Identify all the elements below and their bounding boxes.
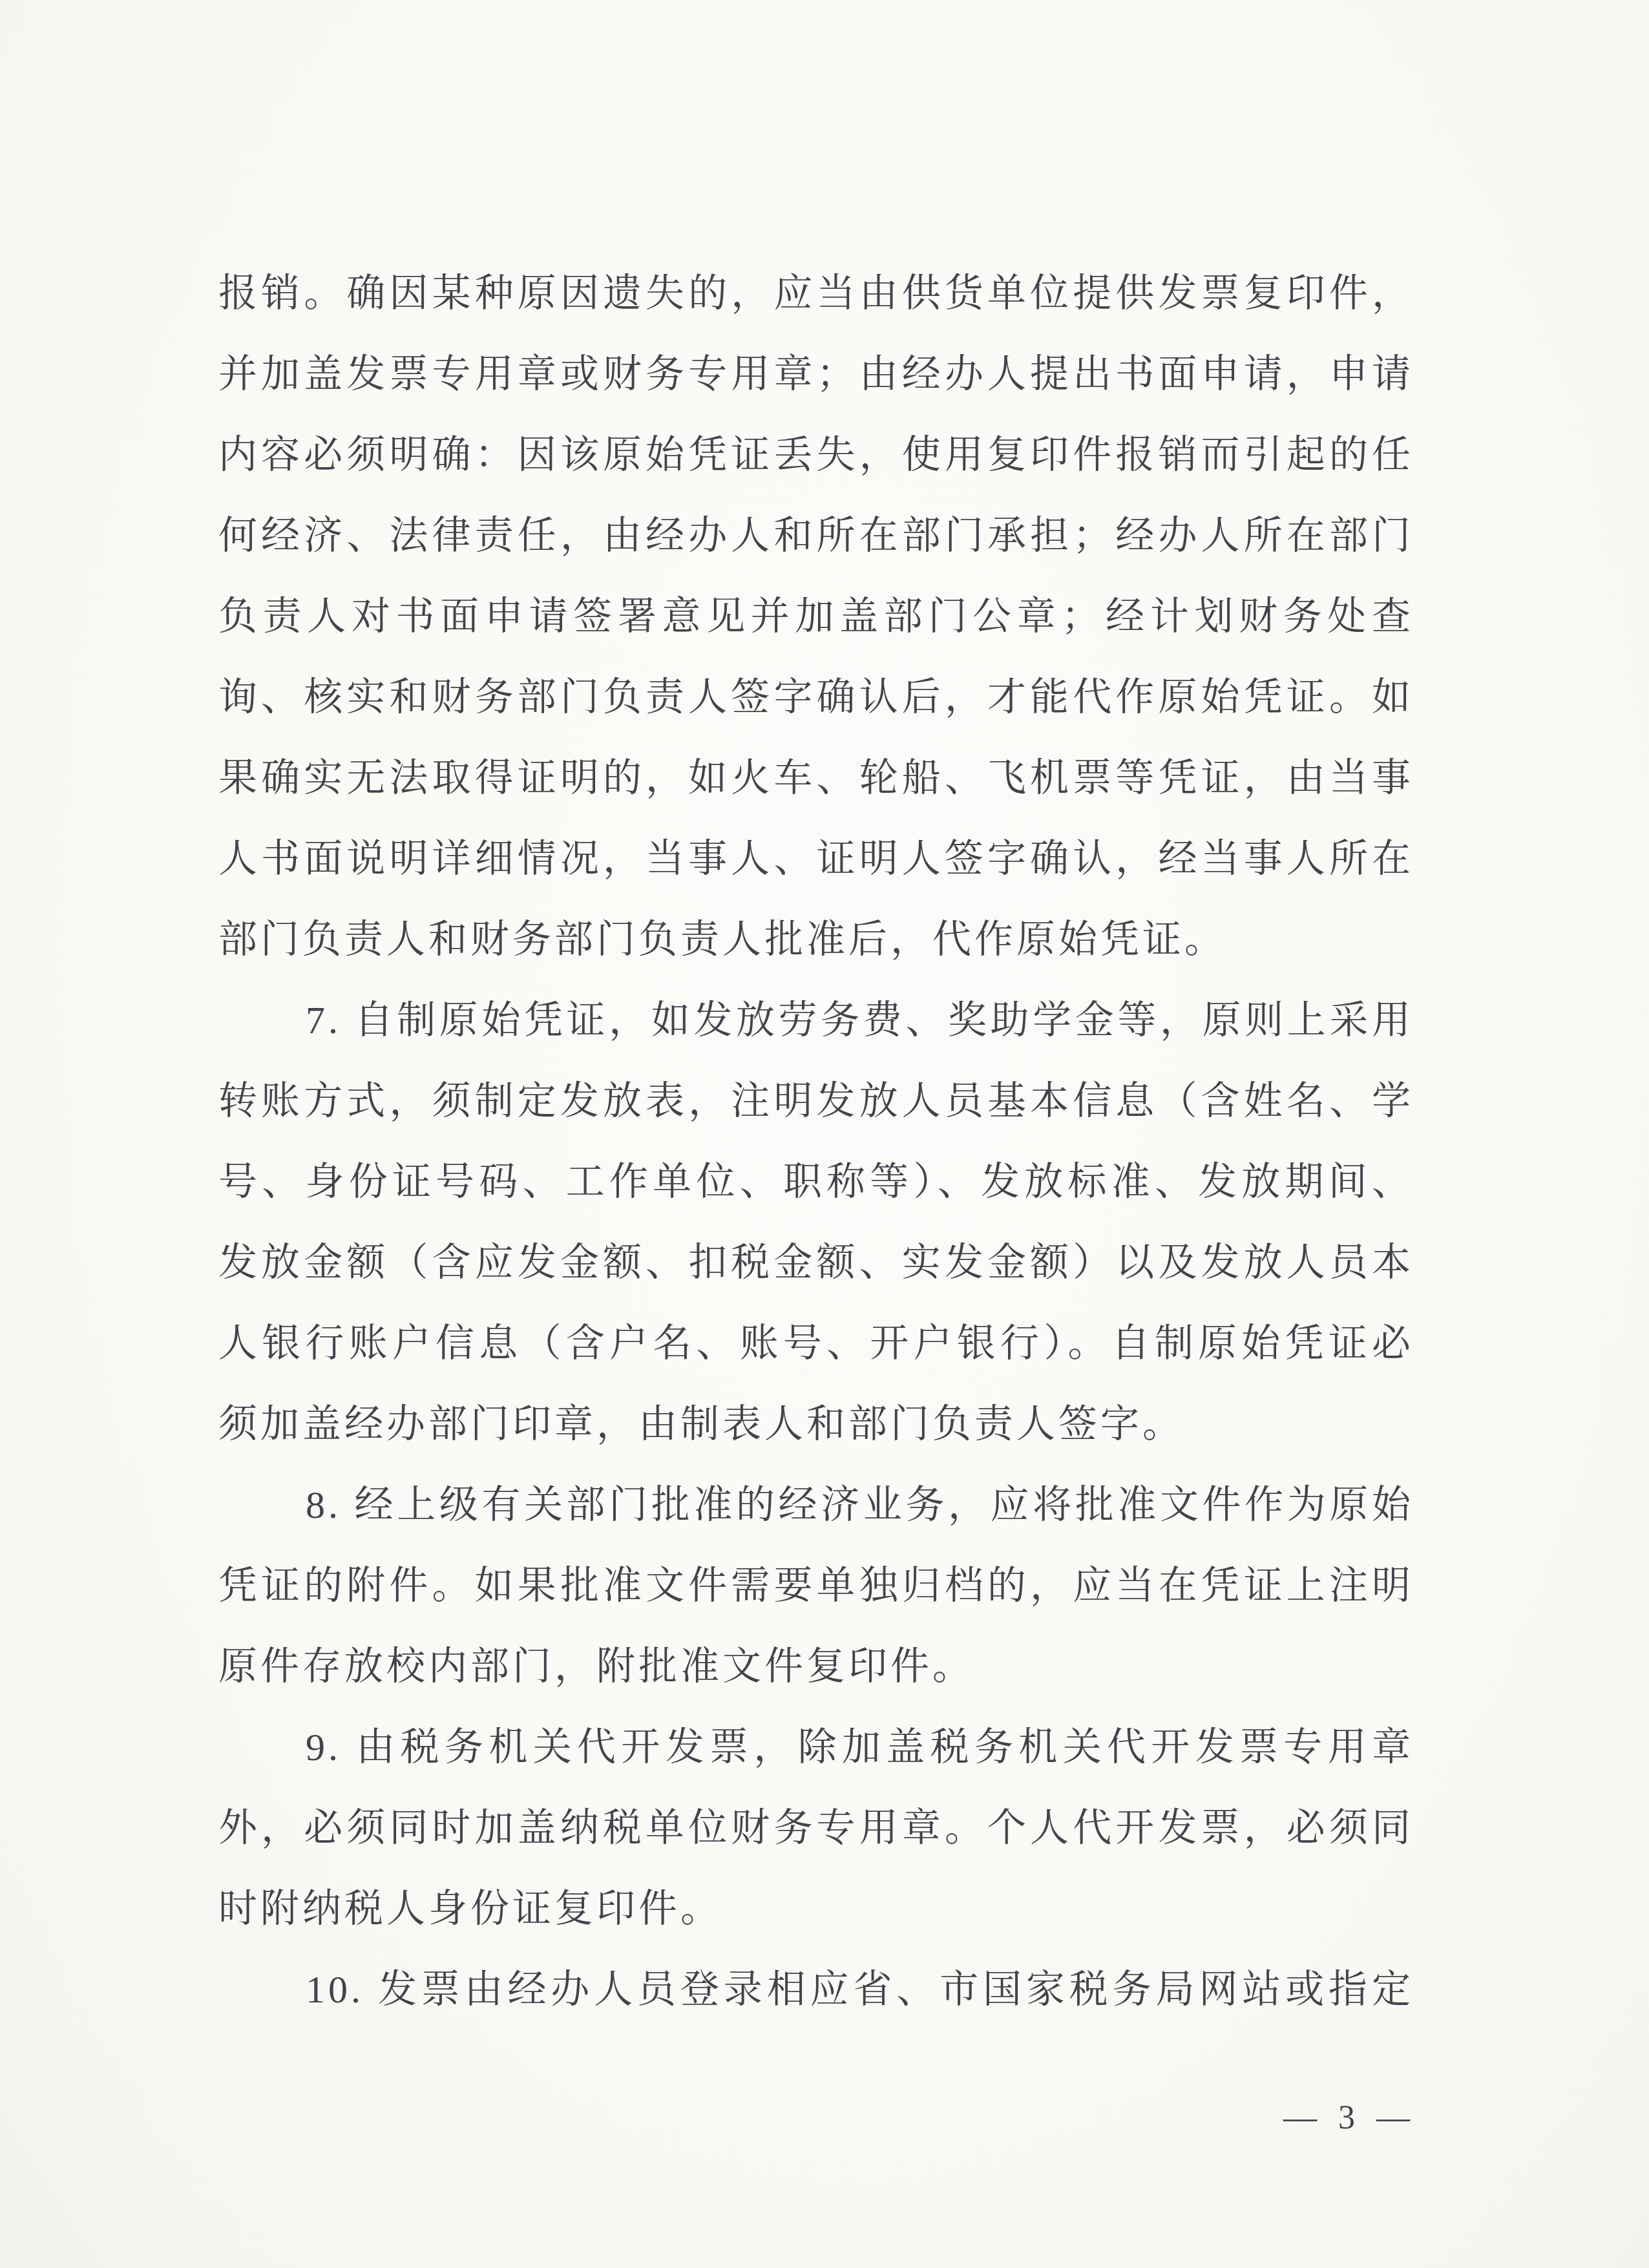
text-line: 外，必须同时加盖纳税单位财务专用章。个人代开发票，必须同 bbox=[218, 1788, 1414, 1869]
text-line: 时附纳税人身份证复印件。 bbox=[218, 1869, 1414, 1949]
text-line: 果确实无法取得证明的，如火车、轮船、飞机票等凭证，由当事 bbox=[218, 738, 1414, 819]
text-line: 须加盖经办部门印章，由制表人和部门负责人签字。 bbox=[218, 1384, 1414, 1465]
text-line: 报销。确因某种原因遗失的，应当由供货单位提供发票复印件， bbox=[218, 253, 1414, 334]
text-line: 原件存放校内部门，附批准文件复印件。 bbox=[218, 1626, 1414, 1707]
text-line: 负责人对书面申请签署意见并加盖部门公章；经计划财务处查 bbox=[218, 576, 1414, 657]
text-line: 何经济、法律责任，由经办人和所在部门承担；经办人所在部门 bbox=[218, 496, 1414, 576]
text-line: 部门负责人和财务部门负责人批准后，代作原始凭证。 bbox=[218, 899, 1414, 980]
text-line: 8. 经上级有关部门批准的经济业务，应将批准文件作为原始 bbox=[218, 1465, 1414, 1546]
scanned-page: 报销。确因某种原因遗失的，应当由供货单位提供发票复印件，并加盖发票专用章或财务专… bbox=[0, 0, 1649, 2268]
text-line: 人银行账户信息（含户名、账号、开户银行）。自制原始凭证必 bbox=[218, 1303, 1414, 1384]
text-line: 并加盖发票专用章或财务专用章；由经办人提出书面申请，申请 bbox=[218, 334, 1414, 415]
text-line: 9. 由税务机关代开发票，除加盖税务机关代开发票专用章 bbox=[218, 1707, 1414, 1788]
text-line: 号、身份证号码、工作单位、职称等）、发放标准、发放期间、 bbox=[218, 1142, 1414, 1223]
text-line: 转账方式，须制定发放表，注明发放人员基本信息（含姓名、学 bbox=[218, 1061, 1414, 1142]
page-number: — 3 — bbox=[1283, 2084, 1416, 2152]
text-line: 发放金额（含应发金额、扣税金额、实发金额）以及发放人员本 bbox=[218, 1223, 1414, 1303]
text-line: 凭证的附件。如果批准文件需要单独归档的，应当在凭证上注明 bbox=[218, 1546, 1414, 1626]
text-line: 询、核实和财务部门负责人签字确认后，才能代作原始凭证。如 bbox=[218, 657, 1414, 738]
text-line: 人书面说明详细情况，当事人、证明人签字确认，经当事人所在 bbox=[218, 819, 1414, 899]
text-line: 7. 自制原始凭证，如发放劳务费、奖助学金等，原则上采用 bbox=[218, 980, 1414, 1061]
text-line: 内容必须明确：因该原始凭证丢失，使用复印件报销而引起的任 bbox=[218, 415, 1414, 496]
document-body: 报销。确因某种原因遗失的，应当由供货单位提供发票复印件，并加盖发票专用章或财务专… bbox=[218, 253, 1414, 2030]
text-line: 10. 发票由经办人员登录相应省、市国家税务局网站或指定 bbox=[218, 1949, 1414, 2030]
